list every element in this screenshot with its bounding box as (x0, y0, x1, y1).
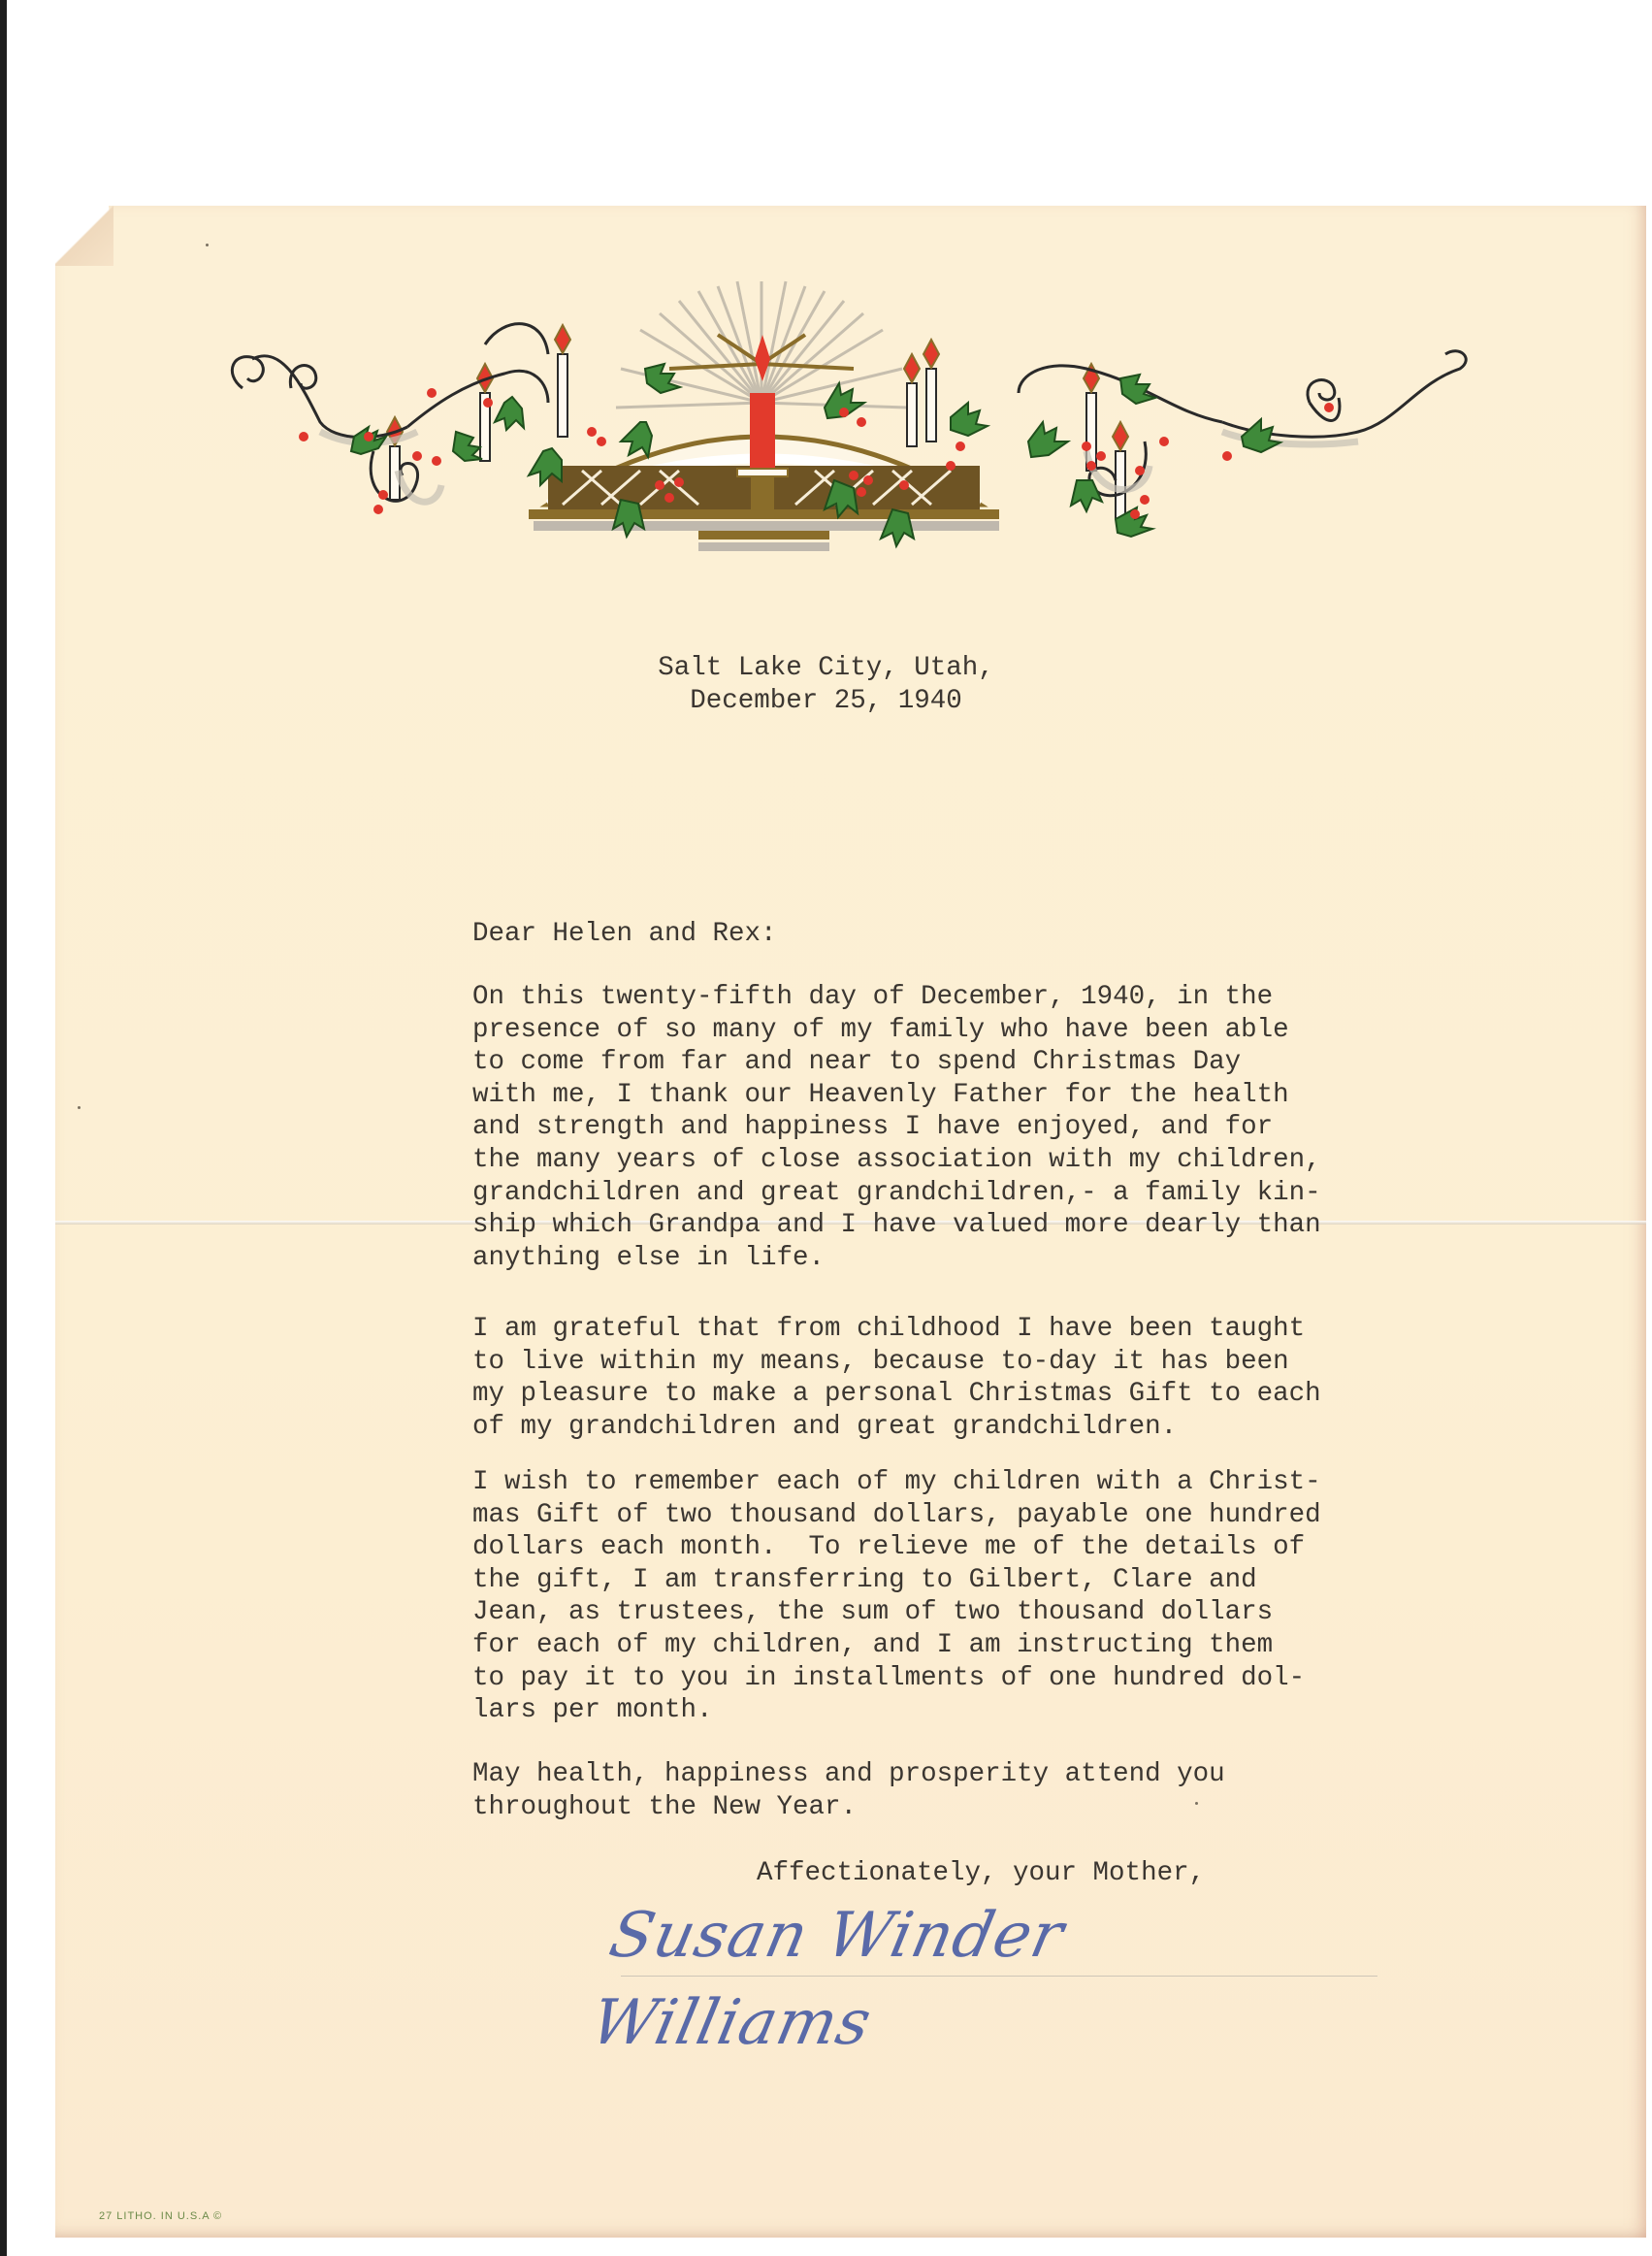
paragraph-1-line: the many years of close association with… (472, 1144, 1321, 1177)
paragraph-3-line: I wish to remember each of my children w… (472, 1466, 1321, 1499)
paragraph-3-line: lars per month. (472, 1694, 713, 1727)
folded-corner (55, 206, 113, 266)
paragraph-1-line: to come from far and near to spend Chris… (472, 1046, 1241, 1079)
paragraph-4-line: throughout the New Year. (472, 1791, 857, 1824)
paragraph-3-line: to pay it to you in installments of one … (472, 1662, 1305, 1695)
paragraph-3-line: the gift, I am transferring to Gilbert, … (472, 1564, 1257, 1597)
paper-speck (206, 244, 209, 246)
letter-date: December 25, 1940 (0, 685, 1652, 718)
scan-edge (0, 0, 7, 2256)
paragraph-2-line: I am grateful that from childhood I have… (472, 1313, 1305, 1346)
christmas-candle-letterhead-icon (213, 277, 1474, 636)
paragraph-1-line: ship which Grandpa and I have valued mor… (472, 1209, 1321, 1242)
paragraph-4-line: May health, happiness and prosperity att… (472, 1758, 1225, 1791)
paragraph-2-line: to live within my means, because to-day … (472, 1346, 1289, 1379)
paragraph-2-line: of my grandchildren and great grandchild… (472, 1411, 1177, 1444)
paragraph-3-line: for each of my children, and I am instru… (472, 1629, 1273, 1662)
closing: Affectionately, your Mother, (757, 1857, 1205, 1890)
paragraph-3-line: Jean, as trustees, the sum of two thousa… (472, 1596, 1273, 1629)
salutation: Dear Helen and Rex: (472, 918, 777, 951)
handwritten-signature: Susan Winder Williams (601, 1892, 1357, 1979)
paragraph-1-line: and strength and happiness I have enjoye… (472, 1111, 1273, 1144)
paragraph-1-line: anything else in life. (472, 1242, 825, 1275)
paper-speck (1195, 1802, 1198, 1805)
paragraph-1-line: grandchildren and great grandchildren,- … (472, 1177, 1321, 1210)
paragraph-1-line: presence of so many of my family who hav… (472, 1014, 1289, 1047)
letter-place: Salt Lake City, Utah, (0, 652, 1652, 685)
paragraph-3-line: dollars each month. To relieve me of the… (472, 1531, 1305, 1564)
paragraph-1-line: On this twenty-fifth day of December, 19… (472, 981, 1273, 1014)
paragraph-2-line: my pleasure to make a personal Christmas… (472, 1378, 1321, 1411)
signature-ink-line (621, 1976, 1377, 1977)
paper-speck (78, 1106, 81, 1109)
paragraph-1-line: with me, I thank our Heavenly Father for… (472, 1079, 1289, 1112)
paragraph-3-line: mas Gift of two thousand dollars, payabl… (472, 1499, 1321, 1532)
printer-mark: 27 LITHO. IN U.S.A © (99, 2210, 222, 2222)
